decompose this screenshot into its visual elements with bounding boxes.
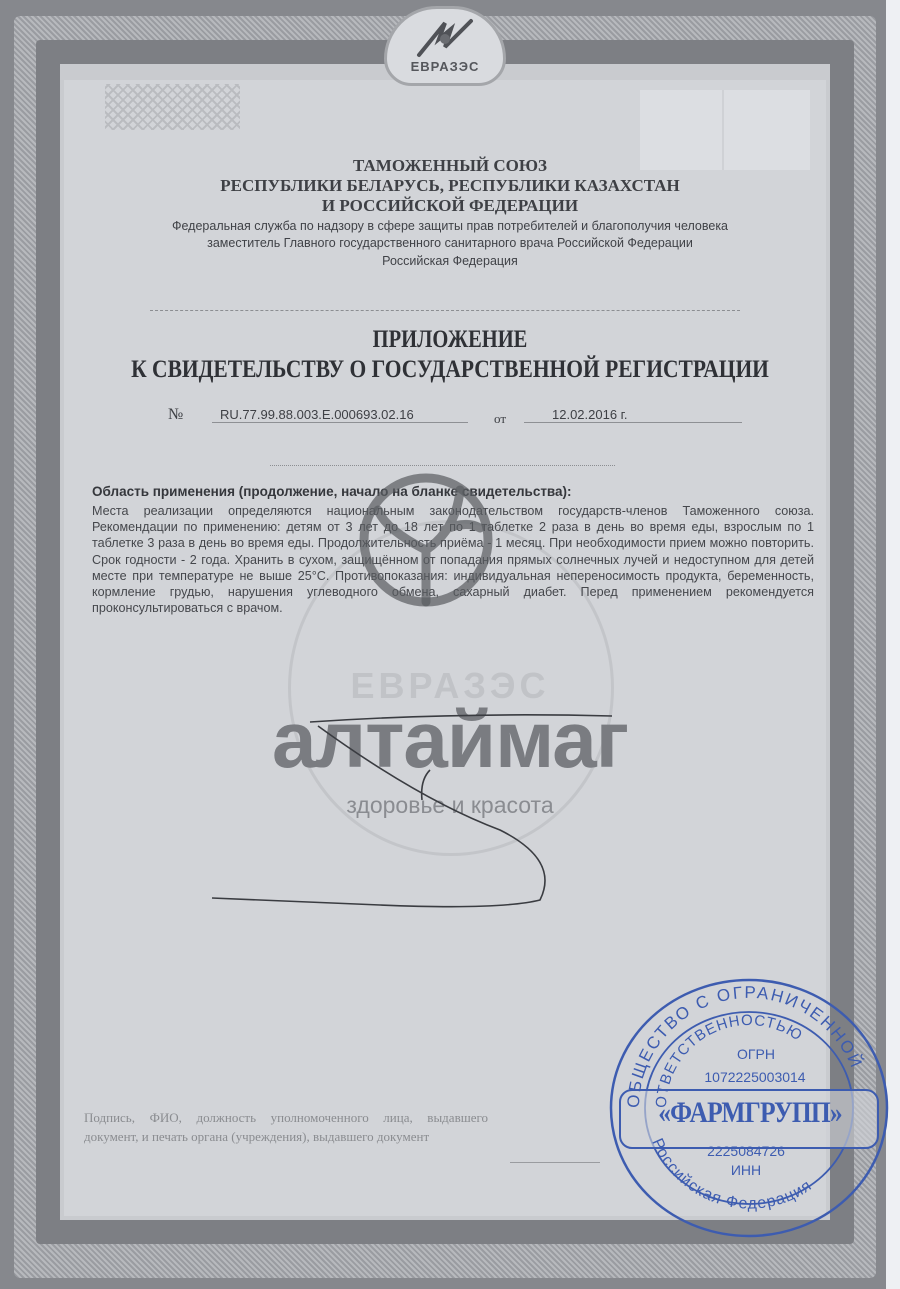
stamp-company-name: «ФАРМГРУПП» [640, 1096, 861, 1130]
signature-line [510, 1162, 600, 1163]
stamp-inn: 2225084726 [686, 1143, 806, 1159]
stamp-ogrn-label: ОГРН [726, 1046, 786, 1062]
stamp-inn-label: ИНН [724, 1162, 768, 1178]
stamp-ogrn: 1072225003014 [680, 1069, 830, 1085]
signature-caption: Подпись, ФИО, должность уполномоченного … [84, 1108, 488, 1146]
